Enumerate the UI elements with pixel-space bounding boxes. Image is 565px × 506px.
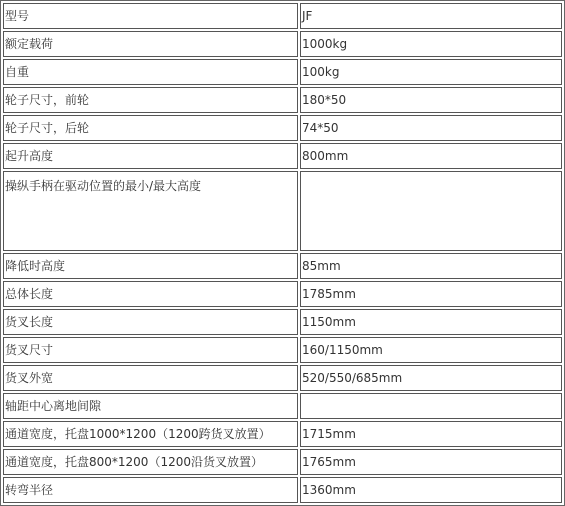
table-row: 转弯半径 1360mm — [3, 477, 562, 503]
table-row: 货叉尺寸 160/1150mm — [3, 337, 562, 363]
table-row: 起升高度 800mm — [3, 143, 562, 169]
table-row: 操纵手柄在驱动位置的最小/最大高度 — [3, 171, 562, 251]
row-value-aisle-width-1000x1200: 1715mm — [300, 421, 562, 447]
table-row: 型号 JF — [3, 3, 562, 29]
row-label-aisle-width-800x1200: 通道宽度，托盘800*1200（1200沿货叉放置） — [3, 449, 298, 475]
table-row: 总体长度 1785mm — [3, 281, 562, 307]
row-value-self-weight: 100kg — [300, 59, 562, 85]
row-label-fork-outer-width: 货叉外宽 — [3, 365, 298, 391]
row-value-aisle-width-800x1200: 1765mm — [300, 449, 562, 475]
row-label-rated-load: 额定载荷 — [3, 31, 298, 57]
row-value-fork-length: 1150mm — [300, 309, 562, 335]
table-row: 通道宽度，托盘1000*1200（1200跨货叉放置） 1715mm — [3, 421, 562, 447]
row-label-model: 型号 — [3, 3, 298, 29]
table-row: 轮子尺寸，后轮 74*50 — [3, 115, 562, 141]
row-label-overall-length: 总体长度 — [3, 281, 298, 307]
row-value-turning-radius: 1360mm — [300, 477, 562, 503]
row-value-ground-clearance — [300, 393, 562, 419]
table-row: 货叉长度 1150mm — [3, 309, 562, 335]
table-row: 货叉外宽 520/550/685mm — [3, 365, 562, 391]
row-value-lift-height: 800mm — [300, 143, 562, 169]
table-row: 自重 100kg — [3, 59, 562, 85]
row-label-rear-wheel-size: 轮子尺寸，后轮 — [3, 115, 298, 141]
table-row: 轮子尺寸，前轮 180*50 — [3, 87, 562, 113]
row-value-front-wheel-size: 180*50 — [300, 87, 562, 113]
row-label-aisle-width-1000x1200: 通道宽度，托盘1000*1200（1200跨货叉放置） — [3, 421, 298, 447]
row-label-ground-clearance: 轴距中心离地间隙 — [3, 393, 298, 419]
table-row: 额定载荷 1000kg — [3, 31, 562, 57]
row-value-rear-wheel-size: 74*50 — [300, 115, 562, 141]
row-value-fork-outer-width: 520/550/685mm — [300, 365, 562, 391]
spec-table: 型号 JF 额定载荷 1000kg 自重 100kg 轮子尺寸，前轮 180*5… — [0, 0, 565, 503]
row-label-front-wheel-size: 轮子尺寸，前轮 — [3, 87, 298, 113]
row-label-turning-radius: 转弯半径 — [3, 477, 298, 503]
row-value-lowered-height: 85mm — [300, 253, 562, 279]
row-label-fork-size: 货叉尺寸 — [3, 337, 298, 363]
table-row: 轴距中心离地间隙 — [3, 393, 562, 419]
row-value-rated-load: 1000kg — [300, 31, 562, 57]
row-label-self-weight: 自重 — [3, 59, 298, 85]
row-value-fork-size: 160/1150mm — [300, 337, 562, 363]
row-value-model: JF — [300, 3, 562, 29]
row-label-lowered-height: 降低时高度 — [3, 253, 298, 279]
row-label-handle-height: 操纵手柄在驱动位置的最小/最大高度 — [3, 171, 298, 251]
row-value-overall-length: 1785mm — [300, 281, 562, 307]
row-label-lift-height: 起升高度 — [3, 143, 298, 169]
row-label-fork-length: 货叉长度 — [3, 309, 298, 335]
table-row: 通道宽度，托盘800*1200（1200沿货叉放置） 1765mm — [3, 449, 562, 475]
table-row: 降低时高度 85mm — [3, 253, 562, 279]
row-value-handle-height — [300, 171, 562, 251]
